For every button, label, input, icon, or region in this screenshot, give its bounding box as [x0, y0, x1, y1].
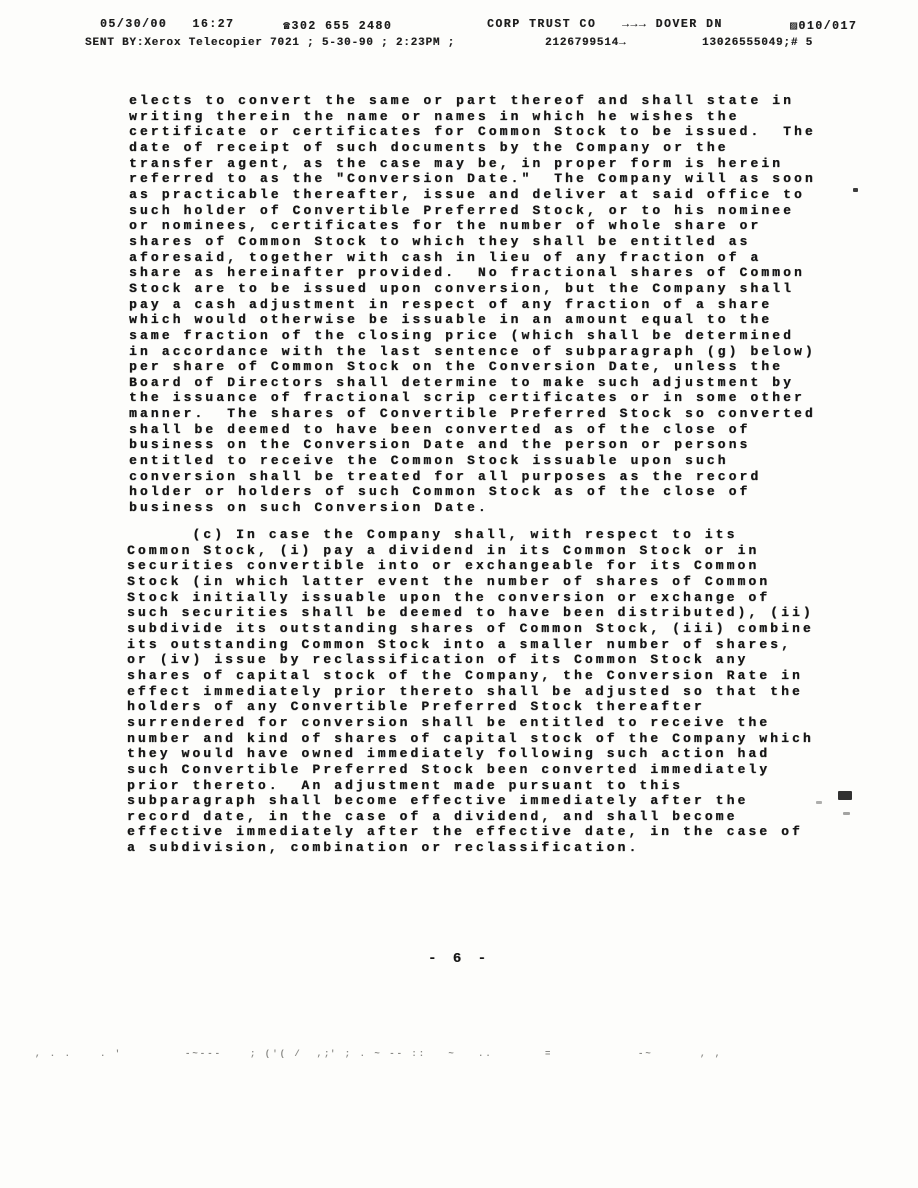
page-number: - 6 -	[428, 951, 490, 967]
text-line: shares of Common Stock to which they sha…	[129, 234, 816, 250]
scan-noise-mark: ' ; . ~ -- :: ~ ..	[330, 1049, 493, 1059]
text-line: Stock are to be issued upon conversion, …	[129, 281, 816, 297]
text-line: writing therein the name or names in whi…	[129, 109, 816, 125]
fax-header-route: →→→ DOVER DN	[622, 18, 723, 31]
text-line: such securities shall be deemed to have …	[127, 605, 814, 621]
text-line: effect immediately prior thereto shall b…	[127, 684, 814, 700]
text-line: elects to convert the same or part there…	[129, 93, 816, 109]
text-line: surrendered for conversion shall be enti…	[127, 715, 814, 731]
text-line: Common Stock, (i) pay a dividend in its …	[127, 543, 814, 559]
text-line: prior thereto. An adjustment made pursua…	[127, 778, 814, 794]
text-line: referred to as the "Conversion Date." Th…	[129, 171, 816, 187]
text-line: subparagraph shall become effective imme…	[127, 793, 814, 809]
text-line: aforesaid, together with cash in lieu of…	[129, 250, 816, 266]
text-line: shares of capital stock of the Company, …	[127, 668, 814, 684]
text-line: (c) In case the Company shall, with resp…	[127, 527, 814, 543]
text-line: or nominees, certificates for the number…	[129, 218, 816, 234]
text-line: a subdivision, combination or reclassifi…	[127, 840, 814, 856]
text-line: Stock (in which latter event the number …	[127, 574, 814, 590]
scan-speckle	[853, 188, 858, 192]
fax-header-page-counter: ▨010/017	[790, 18, 857, 33]
text-line: holders of any Convertible Preferred Sto…	[127, 699, 814, 715]
text-line: in accordance with the last sentence of …	[129, 344, 816, 360]
text-line: such Convertible Preferred Stock been co…	[127, 762, 814, 778]
text-line: manner. The shares of Convertible Prefer…	[129, 406, 816, 422]
text-line: or (iv) issue by reclassification of its…	[127, 652, 814, 668]
text-line: transfer agent, as the case may be, in p…	[129, 156, 816, 172]
paragraph-subsection-c: (c) In case the Company shall, with resp…	[127, 527, 814, 856]
text-line: record date, in the case of a dividend, …	[127, 809, 814, 825]
scan-noise-mark: , . .	[35, 1049, 72, 1059]
text-line: as practicable thereafter, issue and del…	[129, 187, 816, 203]
paragraph-conversion-procedure: elects to convert the same or part there…	[129, 93, 816, 516]
text-line: same fraction of the closing price (whic…	[129, 328, 816, 344]
scan-noise-mark: ; ('( / ,;	[250, 1049, 331, 1059]
text-line: per share of Common Stock on the Convers…	[129, 359, 816, 375]
scan-noise-mark: . '	[100, 1049, 122, 1059]
text-line: Board of Directors shall determine to ma…	[129, 375, 816, 391]
text-line: entitled to receive the Common Stock iss…	[129, 453, 816, 469]
scan-noise-line: , . .. '-~---; ('( / ,;' ; . ~ -- :: ~ .…	[0, 1049, 918, 1065]
text-line: such holder of Convertible Preferred Sto…	[129, 203, 816, 219]
text-line: the issuance of fractional scrip certifi…	[129, 390, 816, 406]
scan-noise-mark: -~	[638, 1049, 653, 1059]
text-line: its outstanding Common Stock into a smal…	[127, 637, 814, 653]
text-line: business on the Conversion Date and the …	[129, 437, 816, 453]
scan-noise-mark: -~---	[185, 1049, 222, 1059]
fax-header-datetime: 05/30/00 16:27	[100, 18, 234, 31]
text-line: which would otherwise be issuable in an …	[129, 312, 816, 328]
text-line: date of receipt of such documents by the…	[129, 140, 816, 156]
fax-receiver-number: 13026555049;# 5	[702, 37, 813, 49]
scan-speckle	[838, 791, 852, 800]
text-line: business on such Conversion Date.	[129, 500, 816, 516]
text-line: pay a cash adjustment in respect of any …	[129, 297, 816, 313]
fax-document-page: 05/30/00 16:27 ☎302 655 2480 CORP TRUST …	[0, 0, 918, 1188]
text-line: Stock initially issuable upon the conver…	[127, 590, 814, 606]
text-line: share as hereinafter provided. No fracti…	[129, 265, 816, 281]
fax-header-company: CORP TRUST CO	[487, 18, 596, 31]
text-line: certificate or certificates for Common S…	[129, 124, 816, 140]
scan-noise-mark: , ,	[700, 1049, 722, 1059]
scan-noise-mark: =	[545, 1049, 552, 1059]
fax-sender-number: 2126799514→	[545, 37, 626, 49]
text-line: securities convertible into or exchangea…	[127, 558, 814, 574]
fax-header-phone: ☎302 655 2480	[283, 18, 392, 33]
text-line: they would have owned immediately follow…	[127, 746, 814, 762]
text-line: shall be deemed to have been converted a…	[129, 422, 816, 438]
scan-speckle	[843, 812, 850, 815]
fax-sent-by: SENT BY:Xerox Telecopier 7021 ; 5-30-90 …	[85, 37, 455, 49]
text-line: effective immediately after the effectiv…	[127, 824, 814, 840]
scan-speckle	[816, 801, 822, 804]
text-line: number and kind of shares of capital sto…	[127, 731, 814, 747]
text-line: holder or holders of such Common Stock a…	[129, 484, 816, 500]
text-line: conversion shall be treated for all purp…	[129, 469, 816, 485]
text-line: subdivide its outstanding shares of Comm…	[127, 621, 814, 637]
